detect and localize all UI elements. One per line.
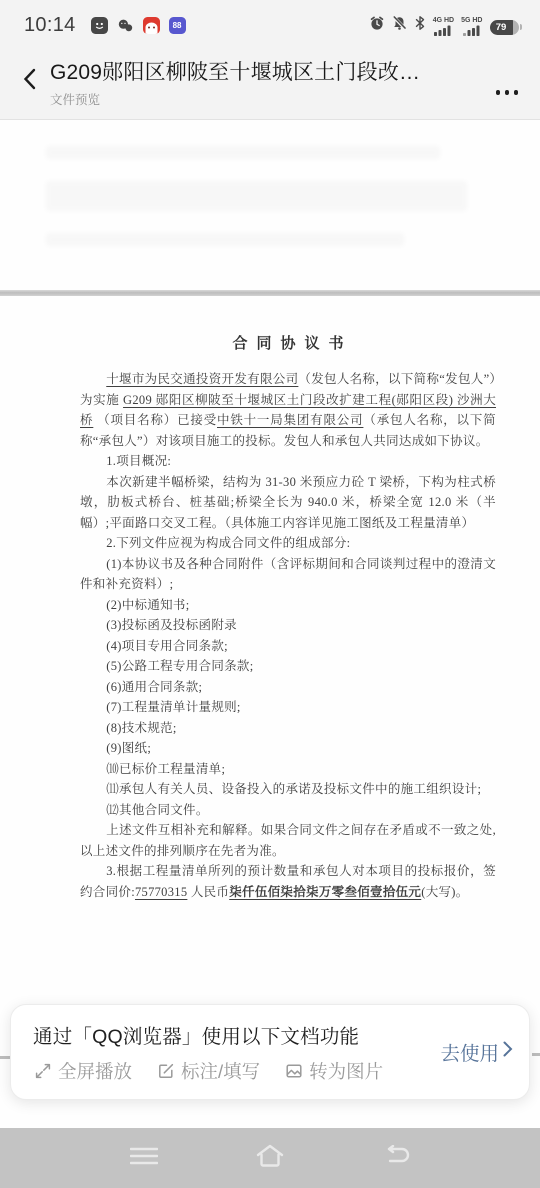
feature-label: 转为图片 xyxy=(309,1058,383,1084)
document-paragraph: 3.根据工程量清单所列的预计数量和承包人对本项目的投标报价，签约合同价:7577… xyxy=(80,861,496,902)
document-paragraph: (8)技术规范; xyxy=(80,718,496,739)
document-paragraph: ⑾承包人有关人员、设备投入的承诺及投标文件中的施工组织设计; xyxy=(80,779,496,800)
chevron-right-icon xyxy=(502,1040,513,1064)
document-paragraph: (6)通用合同条款; xyxy=(80,677,496,698)
promo-left: 通过「QQ浏览器」使用以下文档功能 全屏播放标注/填写转为图片 xyxy=(33,1021,440,1084)
screenshot-app-icon xyxy=(91,17,108,34)
feature-label: 标注/填写 xyxy=(181,1058,260,1084)
document-paragraph: (9)图纸; xyxy=(80,738,496,759)
signal-5g: 5G HD xyxy=(461,17,482,36)
wechat-icon xyxy=(117,17,134,34)
back-arrow-icon xyxy=(382,1145,410,1172)
document-paragraph: 1.项目概况: xyxy=(80,451,496,472)
network-5g-label: 5G HD xyxy=(461,17,482,24)
chevron-left-icon xyxy=(23,68,36,95)
doc-feature-fullscreen[interactable]: 全屏播放 xyxy=(33,1058,132,1084)
page-edge-mark xyxy=(0,1056,10,1059)
document-title: 合同协议书 xyxy=(80,332,496,353)
network-4g-label: 4G HD xyxy=(433,17,454,24)
annotate-icon xyxy=(156,1061,176,1081)
red-app-icon xyxy=(143,17,160,34)
doc-feature-annotate[interactable]: 标注/填写 xyxy=(156,1058,260,1084)
phone-screen: 10:14 88 4G HD xyxy=(0,0,540,1188)
status-left: 10:14 88 xyxy=(24,14,186,37)
promo-title: 通过「QQ浏览器」使用以下文档功能 xyxy=(33,1021,440,1049)
document-paragraph: 2.下列文件应视为构成合同文件的组成部分: xyxy=(80,533,496,554)
more-menu-button[interactable] xyxy=(494,84,521,101)
image-icon xyxy=(284,1061,304,1081)
doc-feature-list: 全屏播放标注/填写转为图片 xyxy=(33,1058,440,1084)
bluetooth-icon xyxy=(414,15,426,36)
qq-browser-promo-card: 通过「QQ浏览器」使用以下文档功能 全屏播放标注/填写转为图片 去使用 xyxy=(10,1004,530,1100)
document-paragraph: ⑽已标价工程量清单; xyxy=(80,759,496,780)
document-paragraph: 本次新建半幅桥梁，结构为 31-30 米预应力砼 T 梁桥，下构为柱式桥墩，肋板… xyxy=(80,472,496,534)
header-text: G209郧阳区柳陂至十堰城区土门段改… 文件预览 xyxy=(50,56,494,108)
file-preview-header: G209郧阳区柳陂至十堰城区土门段改… 文件预览 xyxy=(0,44,540,120)
use-now-label: 去使用 xyxy=(440,1038,499,1066)
notifications-off-icon xyxy=(392,15,407,36)
alarm-clock-icon xyxy=(369,15,385,36)
document-paragraph: (4)项目专用合同条款; xyxy=(80,636,496,657)
recent-apps-button[interactable] xyxy=(127,1141,161,1175)
feature-label: 全屏播放 xyxy=(58,1058,132,1084)
signal-4g: 4G HD xyxy=(433,17,454,36)
clock-time: 10:14 xyxy=(24,14,76,37)
document-paragraph: (2)中标通知书; xyxy=(80,595,496,616)
menu-icon xyxy=(130,1147,158,1170)
document-paragraph: 十堰市为民交通投资开发有限公司（发包人名称，以下简称“发包人”）为实施 G209… xyxy=(80,369,496,451)
file-preview-label: 文件预览 xyxy=(50,90,494,108)
doc-feature-image[interactable]: 转为图片 xyxy=(284,1058,383,1084)
blue-app-glyph: 88 xyxy=(173,21,182,30)
status-bar: 10:14 88 4G HD xyxy=(0,0,540,44)
previous-page-bottom xyxy=(0,120,540,290)
document-paragraph: ⑿其他合同文件。 xyxy=(80,800,496,821)
android-nav-bar xyxy=(0,1128,540,1188)
status-right: 4G HD 5G HD 79 xyxy=(369,15,522,36)
home-button[interactable] xyxy=(253,1141,287,1175)
home-icon xyxy=(255,1144,285,1173)
document-paragraph: (5)公路工程专用合同条款; xyxy=(80,656,496,677)
battery-percent: 79 xyxy=(490,20,513,35)
use-now-button[interactable]: 去使用 xyxy=(440,1038,513,1066)
file-title: G209郧阳区柳陂至十堰城区土门段改… xyxy=(50,56,494,86)
fullscreen-icon xyxy=(33,1061,53,1081)
document-paragraph: (7)工程量清单计量规则; xyxy=(80,697,496,718)
document-body: 十堰市为民交通投资开发有限公司（发包人名称，以下简称“发包人”）为实施 G209… xyxy=(80,369,496,902)
document-paragraph: (3)投标函及投标函附录 xyxy=(80,615,496,636)
contract-page: 合同协议书 十堰市为民交通投资开发有限公司（发包人名称，以下简称“发包人”）为实… xyxy=(0,296,540,902)
document-paragraph: 上述文件互相补充和解释。如果合同文件之间存在矛盾或不一致之处,以上述文件的排列顺… xyxy=(80,820,496,861)
document-viewer[interactable]: 合同协议书 十堰市为民交通投资开发有限公司（发包人名称，以下简称“发包人”）为实… xyxy=(0,120,540,1128)
back-nav-button[interactable] xyxy=(379,1141,413,1175)
page-edge-mark xyxy=(532,1053,540,1056)
back-button[interactable] xyxy=(12,60,46,104)
document-paragraph: (1)本协议书及各种合同附件（含评标期间和合同谈判过程中的澄清文件和补充资料）; xyxy=(80,554,496,595)
blue-app-icon: 88 xyxy=(169,17,186,34)
battery-icon: 79 xyxy=(490,20,523,35)
